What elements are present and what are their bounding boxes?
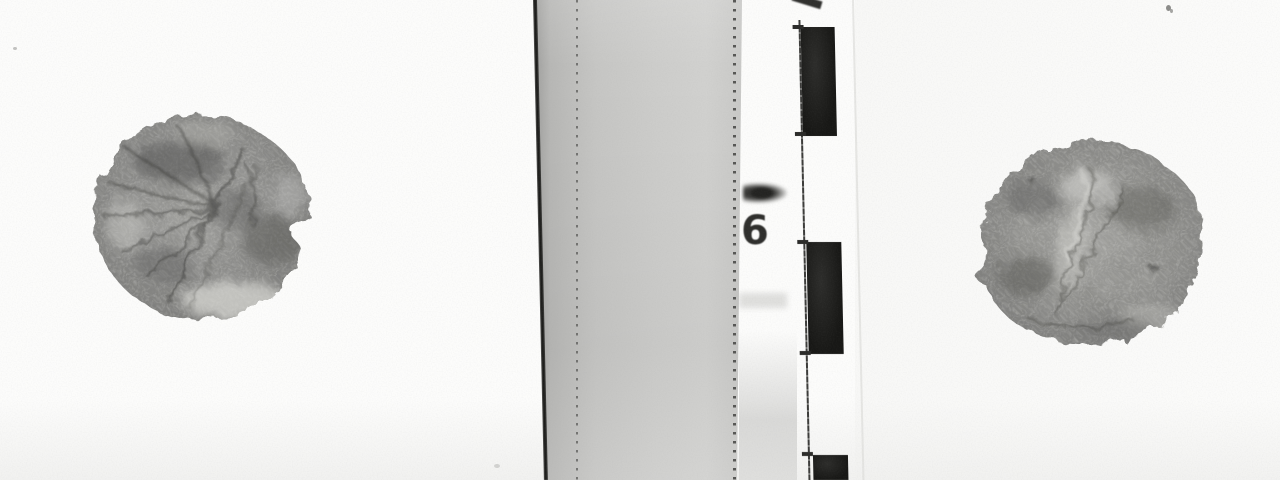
envelope-panel	[534, 0, 742, 480]
strip-band	[739, 293, 787, 308]
coin-reverse-image	[972, 128, 1208, 354]
scale-tick-1	[793, 25, 804, 29]
coin-obverse-image	[85, 104, 319, 332]
scale-segment-3	[813, 455, 849, 480]
scale-segment-2	[806, 242, 843, 354]
dust-speck-3	[494, 464, 500, 468]
scale-bar	[796, 0, 870, 480]
stitch-line-left	[576, 0, 578, 480]
dust-speck-1	[13, 47, 17, 50]
scale-tick-2	[795, 132, 806, 136]
photo-canvas: 6	[0, 0, 1280, 480]
scale-segment-1	[801, 27, 837, 136]
scale-tick-5	[802, 452, 813, 456]
strip-shading	[739, 330, 797, 480]
ink-smudge-core	[751, 188, 773, 198]
dust-speck-2	[1166, 5, 1171, 11]
scale-label: 6	[741, 211, 769, 251]
scale-tick-3	[797, 240, 808, 244]
scale-tick-4	[800, 351, 811, 355]
stitch-line-right	[733, 0, 736, 480]
